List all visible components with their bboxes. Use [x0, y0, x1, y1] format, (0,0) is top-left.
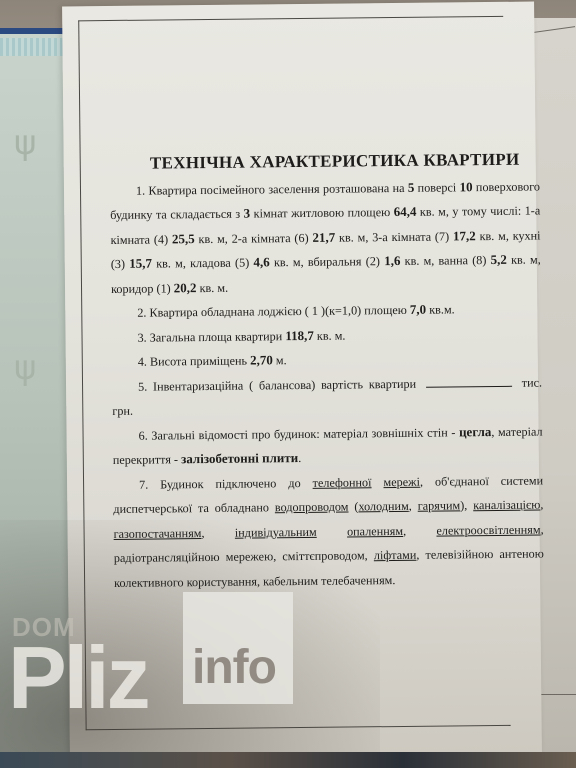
- room-3-area: 17,2: [453, 228, 476, 243]
- total-floors: 10: [459, 179, 472, 194]
- background-bottom: [0, 752, 576, 768]
- trident-emblem-icon: ψ: [14, 123, 36, 163]
- loggia-area: 7,0: [410, 302, 426, 317]
- ceiling-height: 2,70: [250, 352, 273, 367]
- storage-area: 4,6: [253, 254, 269, 269]
- toilet-area: 1,6: [384, 253, 400, 268]
- item-5-inventory-value: 5. Інвентаризаційна ( балансова) вартіст…: [112, 370, 542, 424]
- living-area: 64,4: [394, 204, 417, 219]
- utility-cold-water: холодним: [358, 499, 409, 514]
- item-7-utilities: 7. Будинок підключено до телефонної мере…: [113, 468, 544, 595]
- document-sheet: ТЕХНІЧНА ХАРАКТЕРИСТИКА КВАРТИРИ 1. Квар…: [62, 2, 542, 759]
- left-certificate-page: ψ ψ: [0, 28, 72, 768]
- utility-hot-water: гарячим: [418, 498, 461, 512]
- certificate-pattern-band: [0, 38, 72, 56]
- inventory-value-blank: [426, 375, 512, 387]
- utility-telephone: телефонної: [313, 475, 372, 490]
- corridor-area: 20,2: [174, 280, 197, 295]
- floor-slab-material: залізобетонні плити: [181, 450, 298, 466]
- kitchen-area: 15,7: [129, 256, 152, 271]
- utility-gas: газопостачанням: [114, 526, 202, 541]
- total-area: 118,7: [285, 327, 314, 342]
- utility-individual: індивідуальним: [235, 524, 317, 539]
- utility-network: мережі: [383, 474, 420, 488]
- certificate-blue-band: [0, 28, 72, 34]
- document-content: ТЕХНІЧНА ХАРАКТЕРИСТИКА КВАРТИРИ 1. Квар…: [110, 147, 545, 594]
- room-2-area: 21,7: [312, 229, 335, 244]
- room-1-area: 25,5: [172, 231, 195, 246]
- bath-area: 5,2: [491, 252, 507, 267]
- wall-material: цегла: [459, 424, 491, 439]
- utility-water-supply: водопроводом: [275, 500, 349, 515]
- item-6-building-info: 6. Загальні відомості про будинок: матер…: [112, 419, 542, 473]
- utility-elevators: ліфтами: [374, 548, 417, 562]
- item-1-apartment-composition: 1. Квартира посімейного заселення розташ…: [110, 174, 541, 301]
- document-title: ТЕХНІЧНА ХАРАКТЕРИСТИКА КВАРТИРИ: [130, 147, 540, 176]
- utility-sewerage: каналізацією: [473, 498, 540, 513]
- utility-heating: опаленням: [347, 523, 403, 538]
- utility-electricity: електроосвітленням: [436, 522, 540, 537]
- trident-emblem-icon: ψ: [14, 348, 36, 388]
